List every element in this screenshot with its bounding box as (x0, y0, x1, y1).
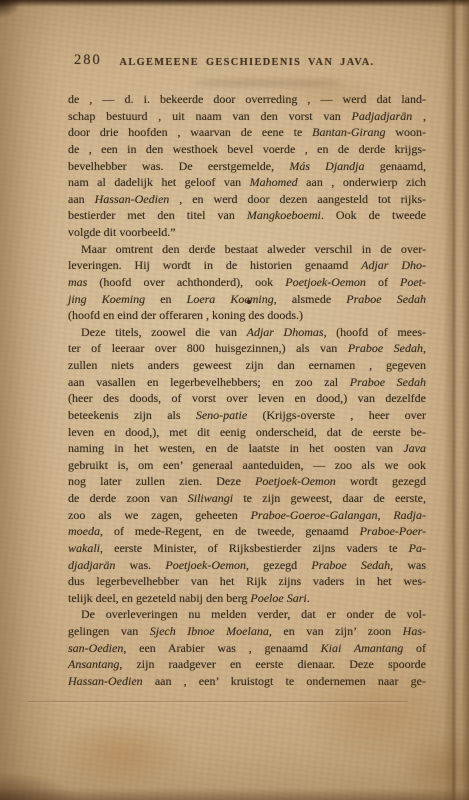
italic-name-segment: Pa- (409, 541, 426, 555)
text-segment: de , een in den westhoek bevel voerde , … (68, 142, 426, 156)
text-segment: nog later zullen zien. Deze (68, 474, 255, 488)
text-segment: beteekenis zijn als (68, 408, 196, 422)
text-segment: was. (115, 558, 165, 572)
text-segment: . Ook de tweede (321, 208, 426, 222)
text-segment: zoo als we zagen, geheeten (68, 508, 251, 522)
text-line: nog later zullen zien. Deze Poetjoek-Oem… (68, 473, 426, 490)
italic-name-segment: mas (68, 275, 87, 289)
text-segment: aan vasallen en legerbevelhebbers; en zo… (68, 375, 350, 389)
text-segment: (Krijgs-overste , heer over (247, 408, 426, 422)
page-corner-bottom-left (0, 772, 76, 800)
text-line: nam al dadelijk het geloof van Mahomed a… (68, 174, 426, 191)
text-segment: . (307, 591, 310, 605)
italic-name-segment: Más Djandja (289, 159, 364, 173)
italic-name-segment: Seno-patie (196, 408, 247, 422)
text-segment: , (423, 341, 426, 355)
text-segment: te zijn geweest, daar de eerste, (233, 491, 426, 505)
italic-name-segment: Adjar Dho- (361, 258, 426, 272)
page-corner-top-left (0, 0, 22, 18)
text-line: de , een in den westhoek bevel voerde , … (68, 141, 426, 158)
italic-name-segment: Poetjoek-Oemon (255, 474, 336, 488)
text-segment: schap bestuurd , uit naam van den vorst … (68, 109, 352, 123)
italic-name-segment: Hassan-Oedien (95, 192, 170, 206)
running-header: ALGEMEENE GESCHIEDENIS VAN JAVA. (68, 57, 426, 68)
text-line: volgde dit voorbeeld.” (68, 224, 426, 241)
text-line: dus legerbevelhebber van het Rijk zijns … (68, 573, 426, 590)
text-segment: Maar omtrent den derde bestaat alweder v… (81, 242, 426, 256)
text-segment: aan , een’ kruistogt te ondernemen naar … (143, 674, 426, 688)
text-segment: (hoofd en eind der offeraren , koning de… (68, 308, 303, 322)
text-line: Deze titels, zoowel die van Adjar Dhomas… (68, 324, 426, 341)
italic-name-segment: Mahomed (250, 175, 298, 189)
text-segment: gebruikt is, om een’ generaal aanteduide… (68, 458, 426, 472)
italic-name-segment: moeda (68, 524, 100, 538)
text-line: zullen niets anders geweest zijn dan eer… (68, 357, 426, 374)
page-edge-right (462, 0, 469, 800)
text-line: wakali, eerste Minister, of Rijksbestier… (68, 540, 426, 557)
italic-name-segment: Poet- (400, 275, 426, 289)
italic-name-segment: Ansantang (68, 657, 119, 671)
italic-name-segment: Sjech Ibnoe Moelana (150, 624, 269, 638)
italic-name-segment: Praboe Sedah (346, 292, 426, 306)
text-segment: (heer des doods, of vorst over leven en … (68, 391, 426, 405)
text-segment: , en werd door dezen aangesteld tot rijk… (169, 192, 426, 206)
text-segment: zullen niets anders geweest zijn dan eer… (68, 358, 426, 372)
text-line: de derde zoon van Siliwangi te zijn gewe… (68, 490, 426, 507)
text-segment: telijk deel, en gezeteld nabij den berg (68, 591, 250, 605)
text-segment: bevelhebber was. De eerstgemelde, (68, 159, 289, 173)
text-line: aan Hassan-Oedien , en werd door dezen a… (68, 191, 426, 208)
text-segment: ter of leeraar over 800 huisgezinnen,) a… (68, 341, 348, 355)
italic-name-segment: Padjadjarän (352, 109, 413, 123)
text-segment: , eerste Minister, of Rijksbestierder zi… (100, 541, 409, 555)
text-line: leven en dood,), met dit eenig ondersche… (68, 424, 426, 441)
italic-name-segment: Praboe Sedah (350, 375, 426, 389)
italic-name-segment: san-Oedien (68, 641, 123, 655)
text-segment: nam al dadelijk het geloof van (68, 175, 250, 189)
text-segment: wordt gezegd (336, 474, 426, 488)
text-line: gelingen van Sjech Ibnoe Moelana, en van… (68, 623, 426, 640)
text-line: djadjarän was. Poetjoek-Oemon, gezegd Pr… (68, 557, 426, 574)
text-line: bevelhebber was. De eerstgemelde, Más Dj… (68, 158, 426, 175)
text-segment: leveringen. Hij wordt in de historien ge… (68, 258, 361, 272)
italic-name-segment: Hassan-Oedien (68, 674, 143, 688)
italic-name-segment: Bantan-Girang (312, 125, 385, 139)
text-segment: aan , onderwierp zich (298, 175, 426, 189)
text-segment: , alsmede (274, 292, 347, 306)
text-segment: aan (68, 192, 95, 206)
italic-name-segment: Java (403, 441, 426, 455)
italic-name-segment: Loera Koeming (187, 292, 274, 306)
text-segment: en (145, 292, 187, 306)
page-edge-left (0, 0, 58, 800)
text-line: Hassan-Oedien aan , een’ kruistogt te on… (68, 673, 426, 690)
text-segment: , (412, 109, 426, 123)
text-segment: bestierder met den titel van (68, 208, 247, 222)
text-segment: (hoofd over achthonderd), ook (87, 275, 285, 289)
text-line: (heer des doods, of vorst over leven en … (68, 390, 426, 407)
text-block: de , — d. i. bekeerde door overreding , … (68, 91, 426, 690)
text-segment: Deze titels, zoowel die van (81, 325, 247, 339)
text-line: ter of leeraar over 800 huisgezinnen,) a… (68, 340, 426, 357)
italic-name-segment: Adjar Dhomas (247, 325, 324, 339)
italic-name-segment: djadjarän (68, 558, 115, 572)
text-segment: naming in het westen, en de laatste in h… (68, 441, 403, 455)
text-line: naming in het westen, en de laatste in h… (68, 440, 426, 457)
italic-name-segment: jing Koeming (68, 292, 145, 306)
text-segment: dus legerbevelhebber van het Rijk zijns … (68, 574, 426, 588)
italic-name-segment: Siliwangi (188, 491, 233, 505)
book-page: 280 ALGEMEENE GESCHIEDENIS VAN JAVA. de … (0, 0, 469, 800)
text-line: telijk deel, en gezeteld nabij den berg … (68, 590, 426, 607)
italic-name-segment: Has- (403, 624, 426, 638)
text-line: mas (hoofd over achthonderd), ook Poetjo… (68, 274, 426, 291)
italic-name-segment: Poetjoek-Oemon (165, 558, 246, 572)
text-segment: , (hoofd of mees- (324, 325, 426, 339)
text-line: Ansantang, zijn raadgever en eerste dien… (68, 656, 426, 673)
text-segment: , (377, 508, 393, 522)
italic-name-segment: Kiai Amantang (321, 641, 404, 655)
text-segment: , en van zijn’ zoon (269, 624, 403, 638)
text-segment: door drie hoofden , waarvan de eene te (68, 125, 312, 139)
page-edge-top (0, 0, 469, 7)
text-segment: gelingen van (68, 624, 150, 638)
text-line: jing Koeming en Loera Koeming, alsmede P… (68, 291, 426, 308)
text-line: bestierder met den titel van Mangkoeboem… (68, 207, 426, 224)
text-segment: de derde zoon van (68, 491, 188, 505)
text-line: beteekenis zijn als Seno-patie (Krijgs-o… (68, 407, 426, 424)
text-line: leveringen. Hij wordt in de historien ge… (68, 257, 426, 274)
text-segment: of (366, 275, 400, 289)
ink-showthrough-smudge (192, 79, 342, 87)
text-segment: , of mede-Regent, en de tweede, genaamd (100, 524, 360, 538)
page-crease-right (443, 0, 463, 800)
page-crease-line (28, 701, 408, 702)
text-line: san-Oedien, een Arabier was , genaamd Ki… (68, 640, 426, 657)
italic-name-segment: Radja- (393, 508, 426, 522)
italic-name-segment: Poeloe Sari (250, 591, 306, 605)
text-segment: , gezegd (246, 558, 311, 572)
italic-name-segment: wakali (68, 541, 100, 555)
text-line: door drie hoofden , waarvan de eene te B… (68, 124, 426, 141)
text-segment: De overleveringen nu melden verder, dat … (81, 607, 426, 621)
text-line: schap bestuurd , uit naam van den vorst … (68, 108, 426, 125)
text-line: De overleveringen nu melden verder, dat … (68, 606, 426, 623)
text-line: zoo als we zagen, geheeten Praboe-Goeroe… (68, 507, 426, 524)
italic-name-segment: Praboe-Goeroe-Galangan (251, 508, 378, 522)
text-segment: of (403, 641, 426, 655)
text-segment: volgde dit voorbeeld.” (68, 225, 176, 239)
text-segment: , een Arabier was , genaamd (123, 641, 320, 655)
text-line: aan vasallen en legerbevelhebbers; en zo… (68, 374, 426, 391)
italic-name-segment: Praboe Sedah (311, 558, 390, 572)
text-line: Maar omtrent den derde bestaat alweder v… (68, 241, 426, 258)
text-segment: , zijn raadgever en eerste dienaar. Deze… (119, 657, 426, 671)
text-segment: leven en dood,), met dit eenig ondersche… (68, 425, 426, 439)
text-line: de , — d. i. bekeerde door overreding , … (68, 91, 426, 108)
italic-name-segment: Mangkoeboemi (247, 208, 321, 222)
text-line: (hoofd en eind der offeraren , koning de… (68, 307, 426, 324)
text-segment: genaamd, (365, 159, 427, 173)
italic-name-segment: Poetjoek-Oemon (285, 275, 366, 289)
text-segment: , was (390, 558, 426, 572)
text-segment: de , — d. i. bekeerde door overreding , … (68, 92, 426, 106)
italic-name-segment: Praboe-Poer- (360, 524, 426, 538)
text-line: gebruikt is, om een’ generaal aanteduide… (68, 457, 426, 474)
italic-name-segment: Praboe Sedah (348, 341, 423, 355)
text-segment: woon- (386, 125, 426, 139)
text-line: moeda, of mede-Regent, en de tweede, gen… (68, 523, 426, 540)
